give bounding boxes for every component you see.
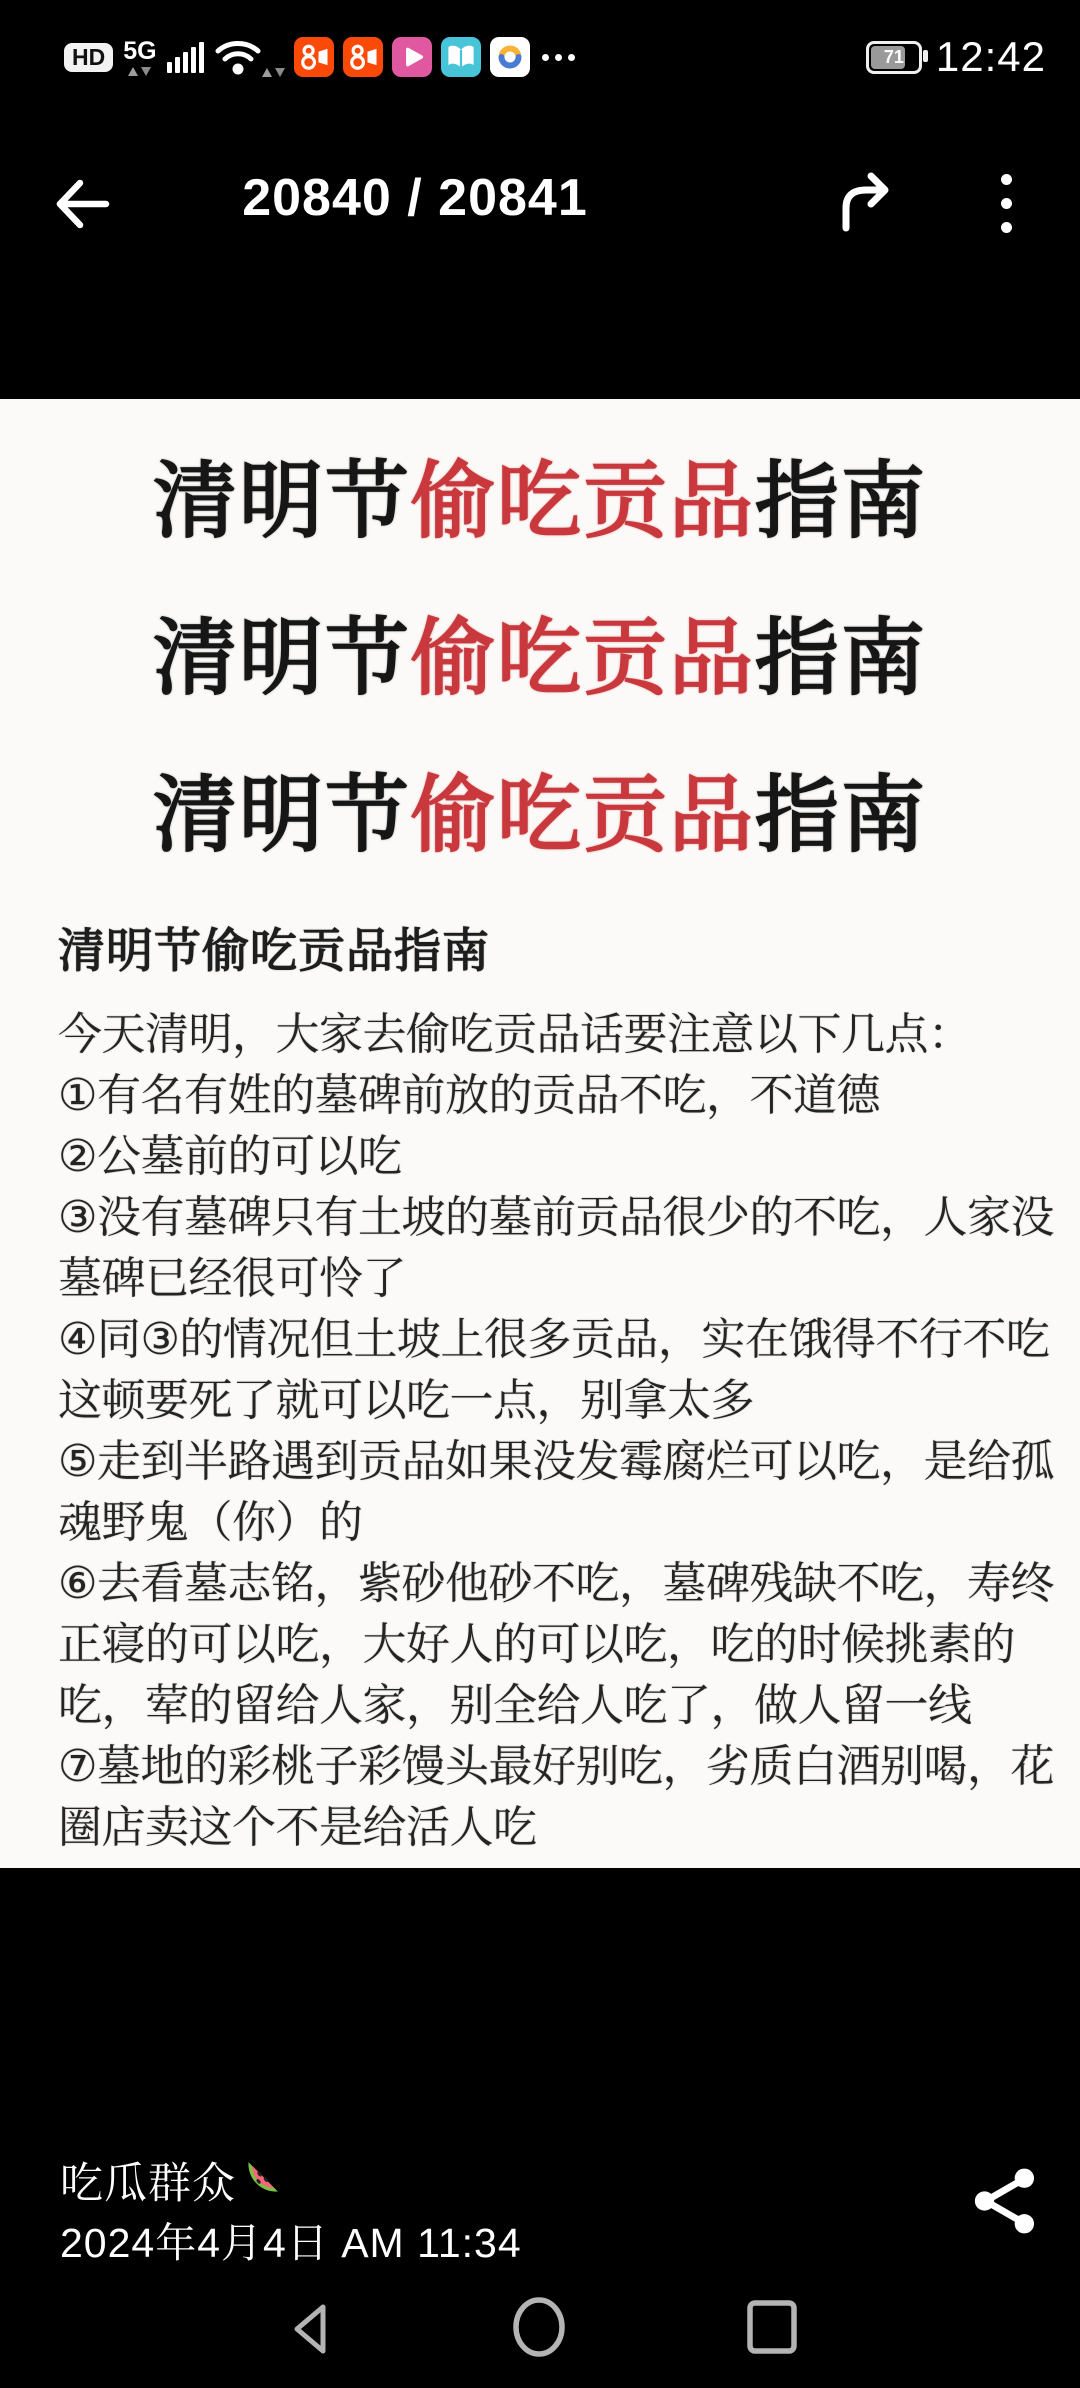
body-line: 魂野鬼（你）的 [58, 1492, 1032, 1553]
body-line: ④同③的情况但土坡上很多贡品，实在饿得不行不吃 [58, 1309, 1032, 1370]
overflow-menu-button[interactable] [984, 164, 1028, 242]
headline-line: 清明节偷吃贡品指南 [0, 416, 1080, 573]
headline-black-prefix: 清明节 [153, 748, 411, 869]
share-button[interactable] [972, 2164, 1038, 2238]
body-line: 正寝的可以吃，大好人的可以吃，吃的时候挑素的 [58, 1614, 1032, 1675]
network-type-label: 5G [123, 39, 156, 64]
headline-black-prefix: 清明节 [153, 434, 411, 555]
body-line: ⑦墓地的彩桃子彩馒头最好别吃，劣质白酒别喝，花 [58, 1736, 1032, 1797]
more-notifications-icon [542, 54, 575, 61]
hd-badge-icon: HD [64, 43, 113, 72]
headline-black-suffix: 指南 [755, 591, 927, 712]
kuaishou-notification-icon [294, 37, 334, 77]
nav-home-button[interactable] [510, 2295, 568, 2364]
caption-text: 吃瓜群众 [60, 2150, 236, 2211]
headline-line: 清明节偷吃贡品指南 [0, 573, 1080, 730]
guide-body: 今天清明，大家去偷吃贡品话要注意以下几点： ①有名有姓的墓碑前放的贡品不吃，不道… [58, 1004, 1032, 1858]
android-nav-bar [0, 2290, 1080, 2368]
image-caption: 吃瓜群众 [60, 2150, 288, 2211]
meme-headlines: 清明节偷吃贡品指南 清明节偷吃贡品指南 清明节偷吃贡品指南 [0, 399, 1080, 887]
battery-percent: 71 [869, 44, 919, 71]
image-timestamp: 2024年4月4日 AM 11:34 [60, 2210, 522, 2269]
body-line: ③没有墓碑只有土坡的墓前贡品很少的不吃，人家没 [58, 1187, 1032, 1248]
guide-subheading: 清明节偷吃贡品指南 [58, 921, 490, 981]
data-activity-arrows-icon [128, 67, 151, 76]
wlan-activity-arrows-icon [262, 68, 285, 77]
battery-icon: 71 [866, 41, 922, 74]
video-play-notification-icon [392, 37, 432, 77]
signal-bars-icon [167, 42, 204, 73]
image-viewer-toolbar: 20840 / 20841 [0, 150, 1080, 260]
image-counter-title: 20840 / 20841 [170, 168, 660, 228]
body-line: 墓碑已经很可怜了 [58, 1248, 1032, 1309]
phone-screen: HD 5G [0, 0, 1080, 2388]
body-line: 这顿要死了就可以吃一点，别拿太多 [58, 1370, 1032, 1431]
watermelon-emoji-icon [242, 2153, 288, 2208]
headline-black-suffix: 指南 [755, 748, 927, 869]
network-type-indicator: 5G [123, 39, 156, 76]
kuaishou-notification-icon [343, 37, 383, 77]
body-line: 今天清明，大家去偷吃贡品话要注意以下几点： [58, 1004, 1032, 1065]
body-line: 圈店卖这个不是给活人吃 [58, 1797, 1032, 1858]
swirl-app-notification-icon [490, 37, 530, 77]
headline-red-text: 偷吃贡品 [411, 434, 755, 555]
wifi-icon [214, 37, 285, 77]
nav-recents-button[interactable] [745, 2298, 799, 2361]
body-line: ①有名有姓的墓碑前放的贡品不吃，不道德 [58, 1065, 1032, 1126]
status-bar-right: 71 12:42 [866, 33, 1046, 81]
body-line: 吃，荤的留给人家，别全给人吃了，做人留一线 [58, 1675, 1032, 1736]
body-line: ②公墓前的可以吃 [58, 1126, 1032, 1187]
headline-red-text: 偷吃贡品 [411, 591, 755, 712]
headline-red-text: 偷吃贡品 [411, 748, 755, 869]
clock: 12:42 [936, 33, 1046, 81]
body-line: ⑤走到半路遇到贡品如果没发霉腐烂可以吃，是给孤 [58, 1431, 1032, 1492]
viewed-image[interactable]: 清明节偷吃贡品指南 清明节偷吃贡品指南 清明节偷吃贡品指南 清明节偷吃贡品指南 … [0, 399, 1080, 1868]
back-button[interactable] [52, 176, 112, 232]
nav-back-button[interactable] [288, 2302, 332, 2361]
book-reader-notification-icon [441, 37, 481, 77]
status-bar: HD 5G [64, 34, 1046, 80]
headline-black-prefix: 清明节 [153, 591, 411, 712]
forward-share-button[interactable] [830, 164, 902, 240]
headline-line: 清明节偷吃贡品指南 [0, 730, 1080, 887]
headline-black-suffix: 指南 [755, 434, 927, 555]
body-line: ⑥去看墓志铭，紫砂他砂不吃，墓碑残缺不吃，寿终 [58, 1553, 1032, 1614]
